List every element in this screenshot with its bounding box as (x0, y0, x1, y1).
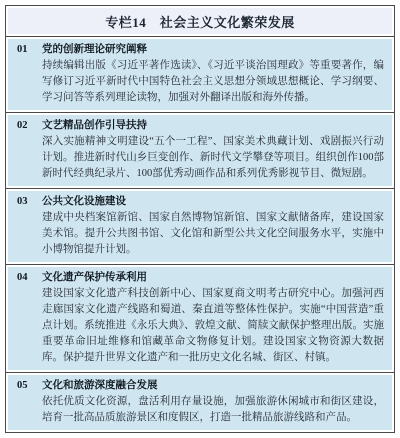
row-body: 依托优质文化资源，盘活利用存量设施，加强旅游休闲城市和街区建设，培育一批高品质旅… (42, 394, 384, 426)
row-number: 02 (17, 118, 28, 134)
row-heading: 党的创新理论研究阐释 (42, 42, 384, 58)
table-row: 01 党的创新理论研究阐释 持续编辑出版《习近平著作选读》、《习近平谈治国理政》… (8, 39, 392, 110)
divider (6, 36, 394, 37)
row-body: 建成中央档案馆新馆、国家自然博物馆新馆、国家文献储备库，建设国家美术馆。提升公共… (42, 210, 384, 258)
row-body: 深入实施精神文明建设“五个一工程”、国家美术典藏计划、戏剧振兴行动计划。推进新时… (42, 134, 384, 182)
panel-title: 专栏14 社会主义文化繁荣发展 (8, 8, 392, 34)
row-number: 01 (17, 42, 28, 58)
divider (6, 372, 394, 373)
row-body: 建设国家文化遗产科技创新中心、国家夏商文明考古研究中心。加强河西走廊国家文化遗产… (42, 286, 384, 366)
divider (6, 264, 394, 265)
column-box-14: 专栏14 社会主义文化繁荣发展 01 党的创新理论研究阐释 持续编辑出版《习近平… (5, 5, 395, 433)
table-row: 02 文艺精品创作引导扶持 深入实施精神文明建设“五个一工程”、国家美术典藏计划… (8, 115, 392, 186)
row-body: 持续编辑出版《习近平著作选读》、《习近平谈治国理政》等重要著作，编写修订习近平新… (42, 58, 384, 106)
row-heading: 公共文化设施建设 (42, 194, 384, 210)
table-row: 04 文化遗产保护传承利用 建设国家文化遗产科技创新中心、国家夏商文明考古研究中… (8, 267, 392, 370)
table-row: 05 文化和旅游深度融合发展 依托优质文化资源，盘活利用存量设施，加强旅游休闲城… (8, 375, 392, 430)
row-heading: 文化和旅游深度融合发展 (42, 378, 384, 394)
divider (6, 112, 394, 113)
row-number: 05 (17, 378, 28, 394)
table-row: 03 公共文化设施建设 建成中央档案馆新馆、国家自然博物馆新馆、国家文献储备库，… (8, 191, 392, 262)
divider (6, 188, 394, 189)
document-page: 专栏14 社会主义文化繁荣发展 01 党的创新理论研究阐释 持续编辑出版《习近平… (0, 0, 400, 438)
row-heading: 文化遗产保护传承利用 (42, 270, 384, 286)
row-number: 04 (17, 270, 28, 286)
row-heading: 文艺精品创作引导扶持 (42, 118, 384, 134)
row-number: 03 (17, 194, 28, 210)
